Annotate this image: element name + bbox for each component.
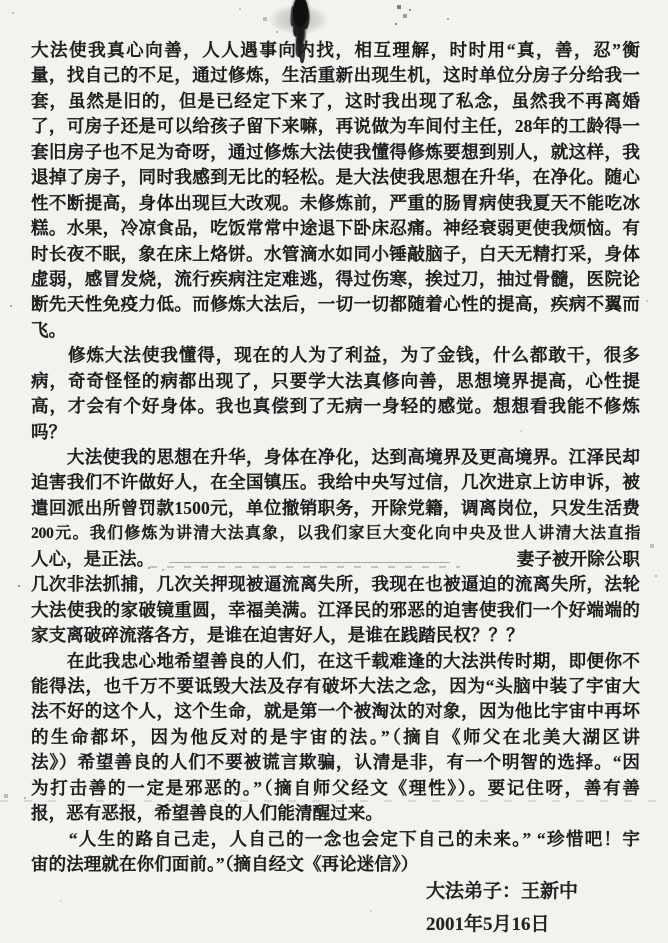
text-line: 的生命都坏，因为他反对的是宇宙的法。”（摘自《师父在北美大湖区讲 (31, 725, 640, 750)
text-line: 几次非法抓捕，几次关押现被逼流离失所，我现在也被逼迫的流离失所，法轮 (31, 572, 640, 597)
text-line: 法不好的这个人，这个生命，就是第一个被淘汰的对象，因为他比宇宙中再坏 (31, 699, 640, 724)
text-line: 宙的法理就在你们面前。”（摘自经文《再论迷信》） (31, 852, 640, 877)
text-line: 大法使我真心向善，人人遇事向内找，相互理解，时时用“真，善，忍”衡 (31, 38, 640, 63)
text-line: 修炼大法使我懂得，现在的人为了利益，为了金钱，什么都敢干，很多 (31, 343, 640, 368)
text-line: 大法使我的思想在升华，身体在净化，达到高境界及更高境界。江泽民却 (31, 445, 640, 470)
text-line: 法》）希望善良的人们不要被谎言欺骗，认清是非，有一个明智的选择。“因 (31, 750, 640, 775)
scanned-document-page: 大法使我真心向善，人人遇事向内找，相互理解，时时用“真，善，忍”衡量，找自己的不… (0, 0, 668, 943)
text-line: 病，奇奇怪怪的病都出现了，只要学大法真修向善，思想境界提高，心性提 (31, 369, 640, 394)
text-line: 断先天性免疫力低。而修炼大法后，一切一切都随着心性的提高，疾病不翼而 (31, 292, 640, 317)
text-line: 套旧房子也不足为奇呀，通过修炼大法使我懂得修炼要想到别人，就这样，我 (31, 140, 640, 165)
text-line: 虚弱，感冒发烧，流行疾病注定难逃，得过伤寒，挨过刀，抽过骨髓，医院论 (31, 267, 640, 292)
text-line-left: 人心，是正法。 (31, 547, 154, 572)
text-line: 大法使我的家破镜重圆，幸福美满。江泽民的邪恶的迫害使我们一个好端端的 (31, 598, 640, 623)
text-line: 性不断提高，身体出现巨大改观。未修炼前，严重的肠胃病使我夏天不能吃冰 (31, 191, 640, 216)
text-line: 人心，是正法。妻子被开除公职 (31, 547, 640, 572)
text-line: 在此我忠心地希望善良的人们，在这千载难逢的大法洪传时期，即便你不 (31, 649, 640, 674)
document-body: 大法使我真心向善，人人遇事向内找，相互理解，时时用“真，善，忍”衡量，找自己的不… (31, 38, 640, 877)
signature-line: 大法弟子：王新中 (426, 876, 578, 903)
date-line: 2001年5月16日 (426, 909, 578, 936)
margin-note: 妻子被开除公职 (517, 547, 640, 572)
text-line: 时长夜不眠，象在床上烙饼。水管滴水如同小锤敲脑子，白天无精打采，身体 (31, 242, 640, 267)
faint-line-artifact (162, 552, 505, 566)
text-line: 退掉了房子，同时我感到无比的轻松。是大法使我思想在升华，在净化。随心 (31, 165, 640, 190)
signature-block: 大法弟子：王新中 2001年5月16日 (426, 876, 578, 936)
text-line: 套，虽然是旧的，但是已经定下来了，这时我出现了私念，虽然我不再离婚 (31, 89, 640, 114)
text-line: 迫害我们不许做好人，在全国镇压。我给中央写过信，几次进京上访申诉，被 (31, 470, 640, 495)
text-line: 了，可房子还是可以给孩子留下来嘛，再说做为车间付主任，28年的工龄得一 (31, 114, 640, 139)
text-line: 为打击善的一定是邪恶的。”（摘自师父经文《理性》）。要记住呀，善有善 (31, 776, 640, 801)
text-line: 能得法，也千万不要诋毁大法及存有破坏大法之念，因为“头脑中装了宇宙大 (31, 674, 640, 699)
text-line: 吗？ (31, 420, 640, 445)
text-line: 高，才会有个好身体。我也真偿到了无病一身轻的感觉。想想看我能不修炼 (31, 394, 640, 419)
text-line: 200元。我们修炼为讲清大法真象，以我们家巨大变化向中央及世人讲清大法直指 (31, 521, 640, 546)
text-line: 报，恶有恶报，希望善良的人们能清醒过来。 (31, 801, 640, 826)
text-line: 糕。水果，冷凉食品，吃饭常常中途退下卧床忍痛。神经衰弱更使我烦恼。有 (31, 216, 640, 241)
text-line: 飞。 (31, 318, 640, 343)
text-line: 量，找自己的不足，通过修炼，生活重新出现生机，这时单位分房子分给我一 (31, 63, 640, 88)
text-line: 家支离破碎流落各方，是谁在迫害好人，是谁在践踏民权？？？ (31, 623, 640, 648)
text-line: 遣回派出所曾罚款1500元，单位撤销职务，开除党籍，调离岗位，只发生活费 (31, 496, 640, 521)
scan-noise-speckles (0, 0, 2, 2)
text-line: “人生的路自己走，人自己的一念也会定下自己的未来。” “珍惜吧！宇 (31, 827, 640, 852)
